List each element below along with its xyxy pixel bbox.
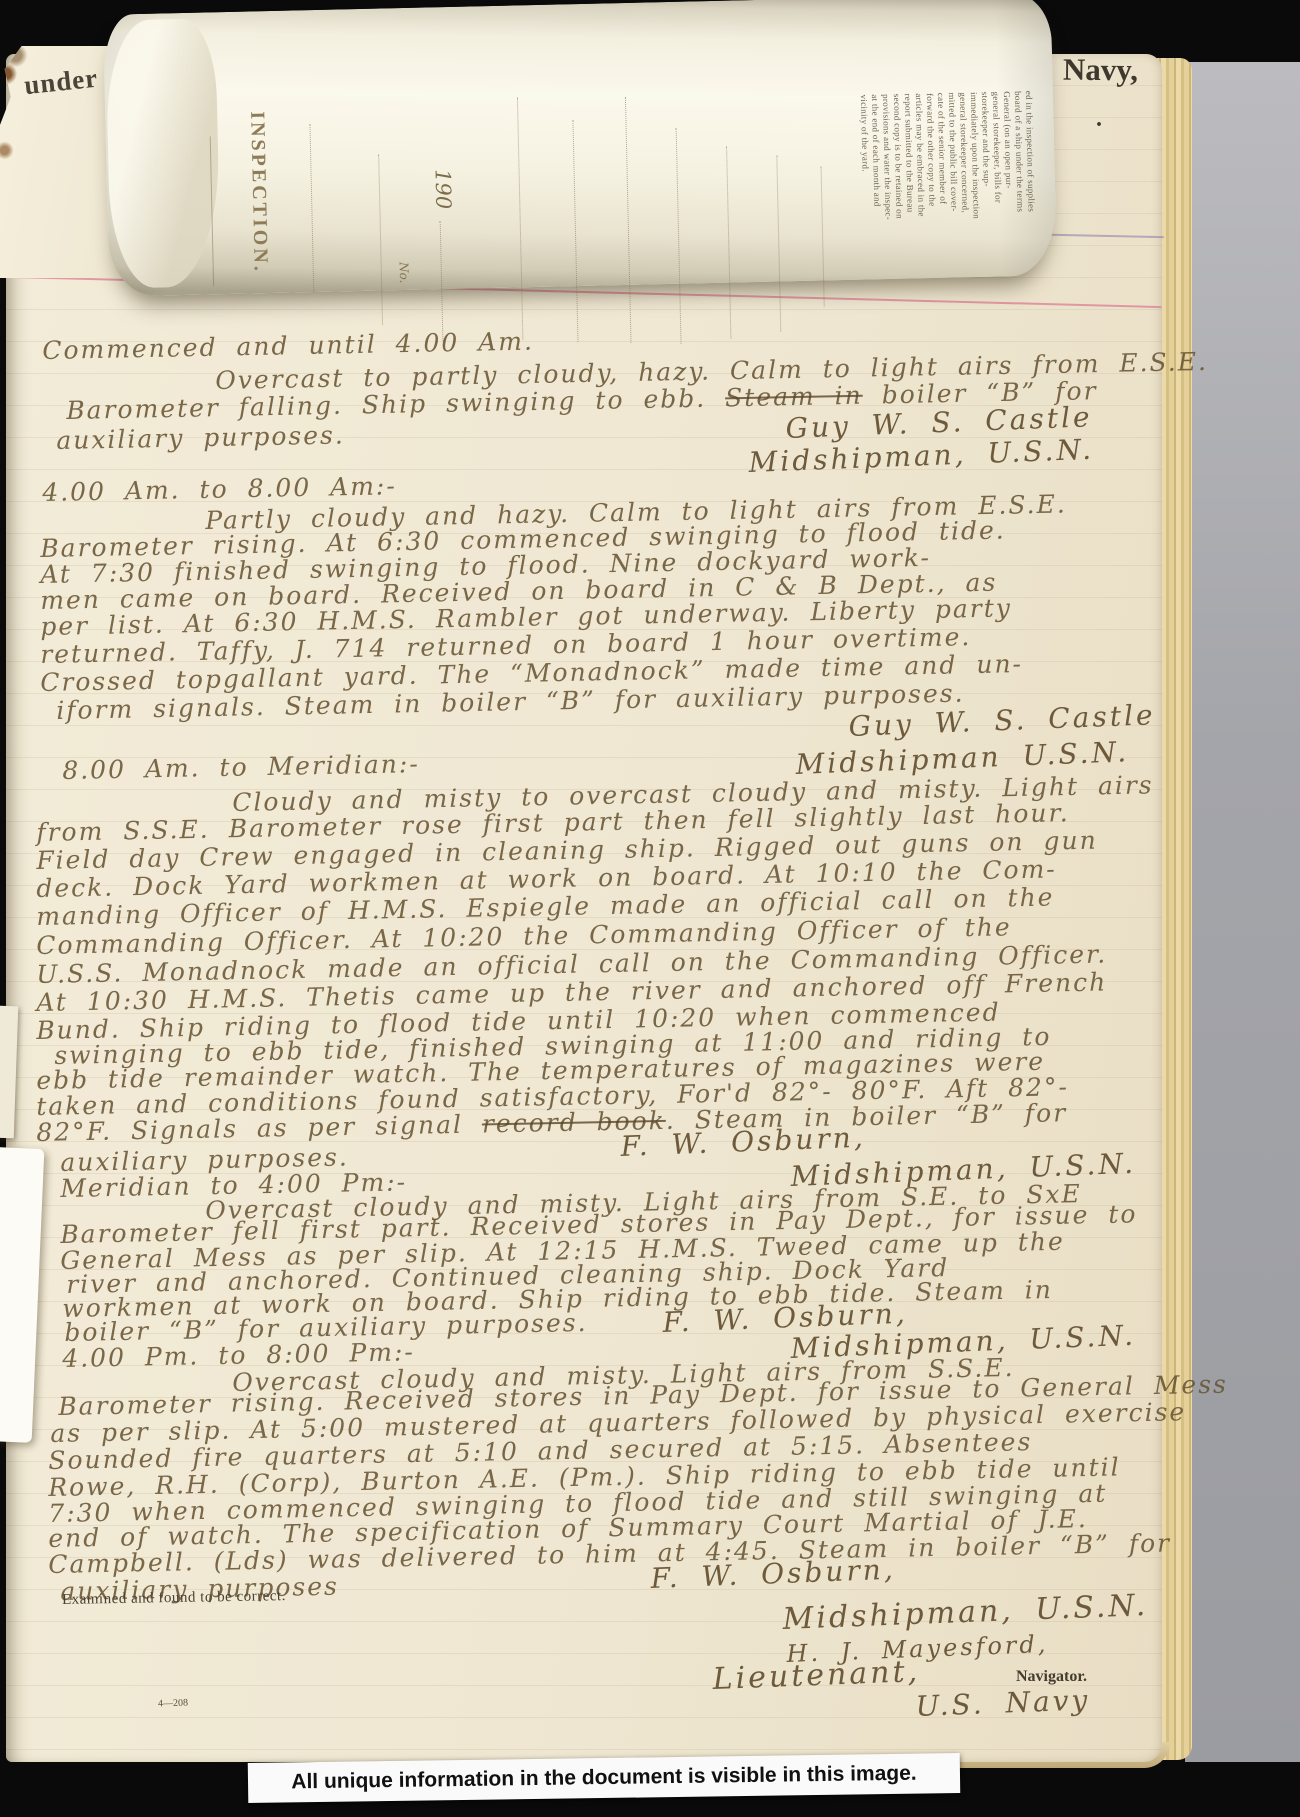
printed-year-line: 190 [431,169,456,210]
signature-line: U.S. Navy [915,1683,1091,1723]
printed-form-number: 4—208 [158,1697,188,1709]
printed-fine-print: ed in the inspection of suppliesboard of… [858,91,1038,255]
printed-no-label: No. [397,262,411,284]
form-dotted-lines [103,0,1051,15]
printed-navy-fragment: Navy, [1063,52,1138,89]
handwritten-line: auxiliary purposes. [56,420,345,455]
annotation-label: All unique information in the document i… [248,1753,960,1803]
printed-inspection-title: INSPECTION. [245,111,272,274]
curled-overlay-page: INSPECTION. 190 No. ed in the inspection… [103,0,1057,297]
form-rule-line [309,124,314,292]
annotation-label-text: All unique information in the document i… [291,1762,917,1795]
background-mat [1185,62,1300,1762]
printed-navigator-label: Navigator. [1016,1668,1087,1686]
printed-period: . [1096,106,1102,133]
photographed-logbook: under the Navy, . Commenced and until 4.… [0,0,1300,1817]
page-curl-fold [105,18,221,288]
